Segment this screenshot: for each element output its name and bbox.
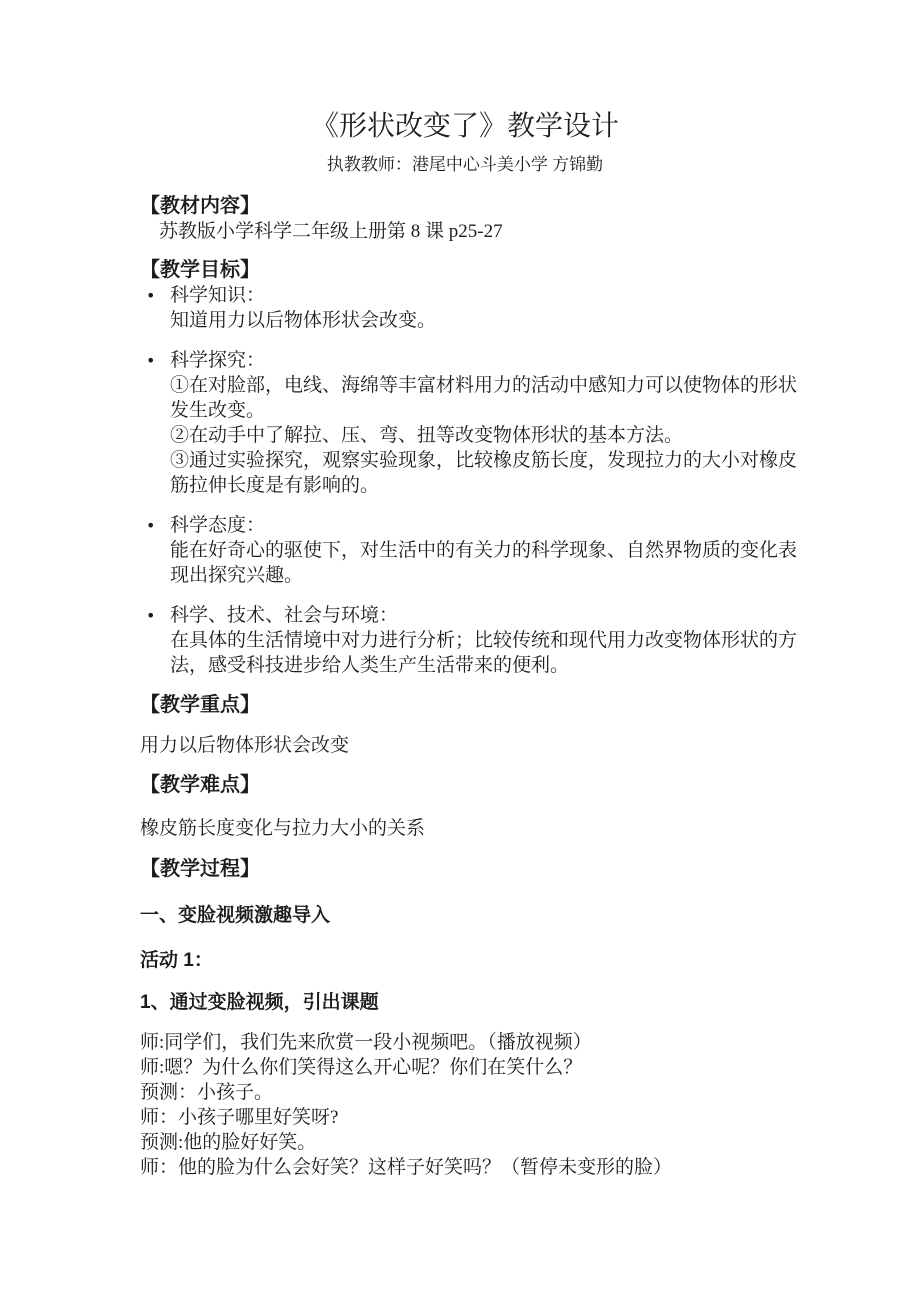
objective-label-row: • 科学知识：	[140, 283, 790, 308]
process-activity-heading: 活动 1：	[140, 948, 790, 973]
process-step-heading: 1、通过变脸视频，引出课题	[140, 990, 790, 1015]
objective-line: 能在好奇心的驱使下，对生活中的有关力的科学现象、自然界物质的变化表	[170, 538, 790, 563]
section-heading-material: 【教材内容】	[140, 194, 790, 219]
section-heading-key-point: 【教学重点】	[140, 693, 790, 718]
objective-label-row: • 科学态度：	[140, 513, 790, 538]
objective-line: 在具体的生活情境中对力进行分析；比较传统和现代用力改变物体形状的方	[170, 628, 790, 653]
objective-line: 现出探究兴趣。	[170, 563, 790, 588]
objective-body: ①在对脸部，电线、海绵等丰富材料用力的活动中感知力可以使物体的形状 发生改变。 …	[140, 373, 790, 498]
bullet-icon: •	[146, 283, 155, 308]
objective-item-inquiry: • 科学探究： ①在对脸部，电线、海绵等丰富材料用力的活动中感知力可以使物体的形…	[140, 348, 790, 498]
objective-line: 知道用力以后物体形状会改变。	[170, 308, 790, 333]
dialogue-line: 师:嗯？为什么你们笑得这么开心呢？你们在笑什么？	[140, 1055, 790, 1080]
document-page: 《形状改变了》教学设计 执教教师：港尾中心斗美小学 方锦勤 【教材内容】 苏教版…	[0, 0, 920, 1302]
difficulty-body: 橡皮筋长度变化与拉力大小的关系	[140, 816, 790, 841]
objective-label: 科学知识：	[170, 285, 265, 306]
dialogue-line: 师：他的脸为什么会好笑？这样子好笑吗？（暂停未变形的脸）	[140, 1155, 790, 1180]
objective-label: 科学探究：	[170, 350, 265, 371]
objective-body: 能在好奇心的驱使下，对生活中的有关力的科学现象、自然界物质的变化表 现出探究兴趣…	[140, 538, 790, 588]
objective-item-attitude: • 科学态度： 能在好奇心的驱使下，对生活中的有关力的科学现象、自然界物质的变化…	[140, 513, 790, 588]
objective-line: 筋拉伸长度是有影响的。	[170, 473, 790, 498]
objective-line: 发生改变。	[170, 398, 790, 423]
objective-label-row: • 科学探究：	[140, 348, 790, 373]
objective-body: 在具体的生活情境中对力进行分析；比较传统和现代用力改变物体形状的方 法，感受科技…	[140, 628, 790, 678]
objective-label: 科学态度：	[170, 515, 265, 536]
material-body: 苏教版小学科学二年级上册第 8 课 p25-27	[140, 219, 790, 244]
process-part-heading: 一、变脸视频激趣导入	[140, 903, 790, 928]
objective-item-society: • 科学、技术、社会与环境： 在具体的生活情境中对力进行分析；比较传统和现代用力…	[140, 603, 790, 678]
objective-label: 科学、技术、社会与环境：	[170, 605, 398, 626]
doc-byline: 执教教师：港尾中心斗美小学 方锦勤	[140, 152, 790, 178]
objective-body: 知道用力以后物体形状会改变。	[140, 308, 790, 333]
section-heading-objectives: 【教学目标】	[140, 258, 790, 283]
objective-line: ③通过实验探究，观察实验现象，比较橡皮筋长度，发现拉力的大小对橡皮	[170, 448, 790, 473]
bullet-icon: •	[146, 513, 155, 538]
dialogue-line: 预测：小孩子。	[140, 1080, 790, 1105]
bullet-icon: •	[146, 348, 155, 373]
objective-line: ①在对脸部，电线、海绵等丰富材料用力的活动中感知力可以使物体的形状	[170, 373, 790, 398]
bullet-icon: •	[146, 603, 155, 628]
section-heading-difficulty: 【教学难点】	[140, 773, 790, 798]
dialogue-line: 预测:他的脸好好笑。	[140, 1130, 790, 1155]
doc-title: 《形状改变了》教学设计	[140, 108, 790, 146]
section-heading-process: 【教学过程】	[140, 857, 790, 882]
dialogue-line: 师：小孩子哪里好笑呀?	[140, 1105, 790, 1130]
key-point-body: 用力以后物体形状会改变	[140, 733, 790, 758]
objective-item-knowledge: • 科学知识： 知道用力以后物体形状会改变。	[140, 283, 790, 333]
dialogue-line: 师:同学们，我们先来欣赏一段小视频吧。（播放视频）	[140, 1030, 790, 1055]
objective-line: 法，感受科技进步给人类生产生活带来的便利。	[170, 653, 790, 678]
objective-line: ②在动手中了解拉、压、弯、扭等改变物体形状的基本方法。	[170, 423, 790, 448]
dialogue-block: 师:同学们，我们先来欣赏一段小视频吧。（播放视频） 师:嗯？为什么你们笑得这么开…	[140, 1030, 790, 1180]
objective-label-row: • 科学、技术、社会与环境：	[140, 603, 790, 628]
